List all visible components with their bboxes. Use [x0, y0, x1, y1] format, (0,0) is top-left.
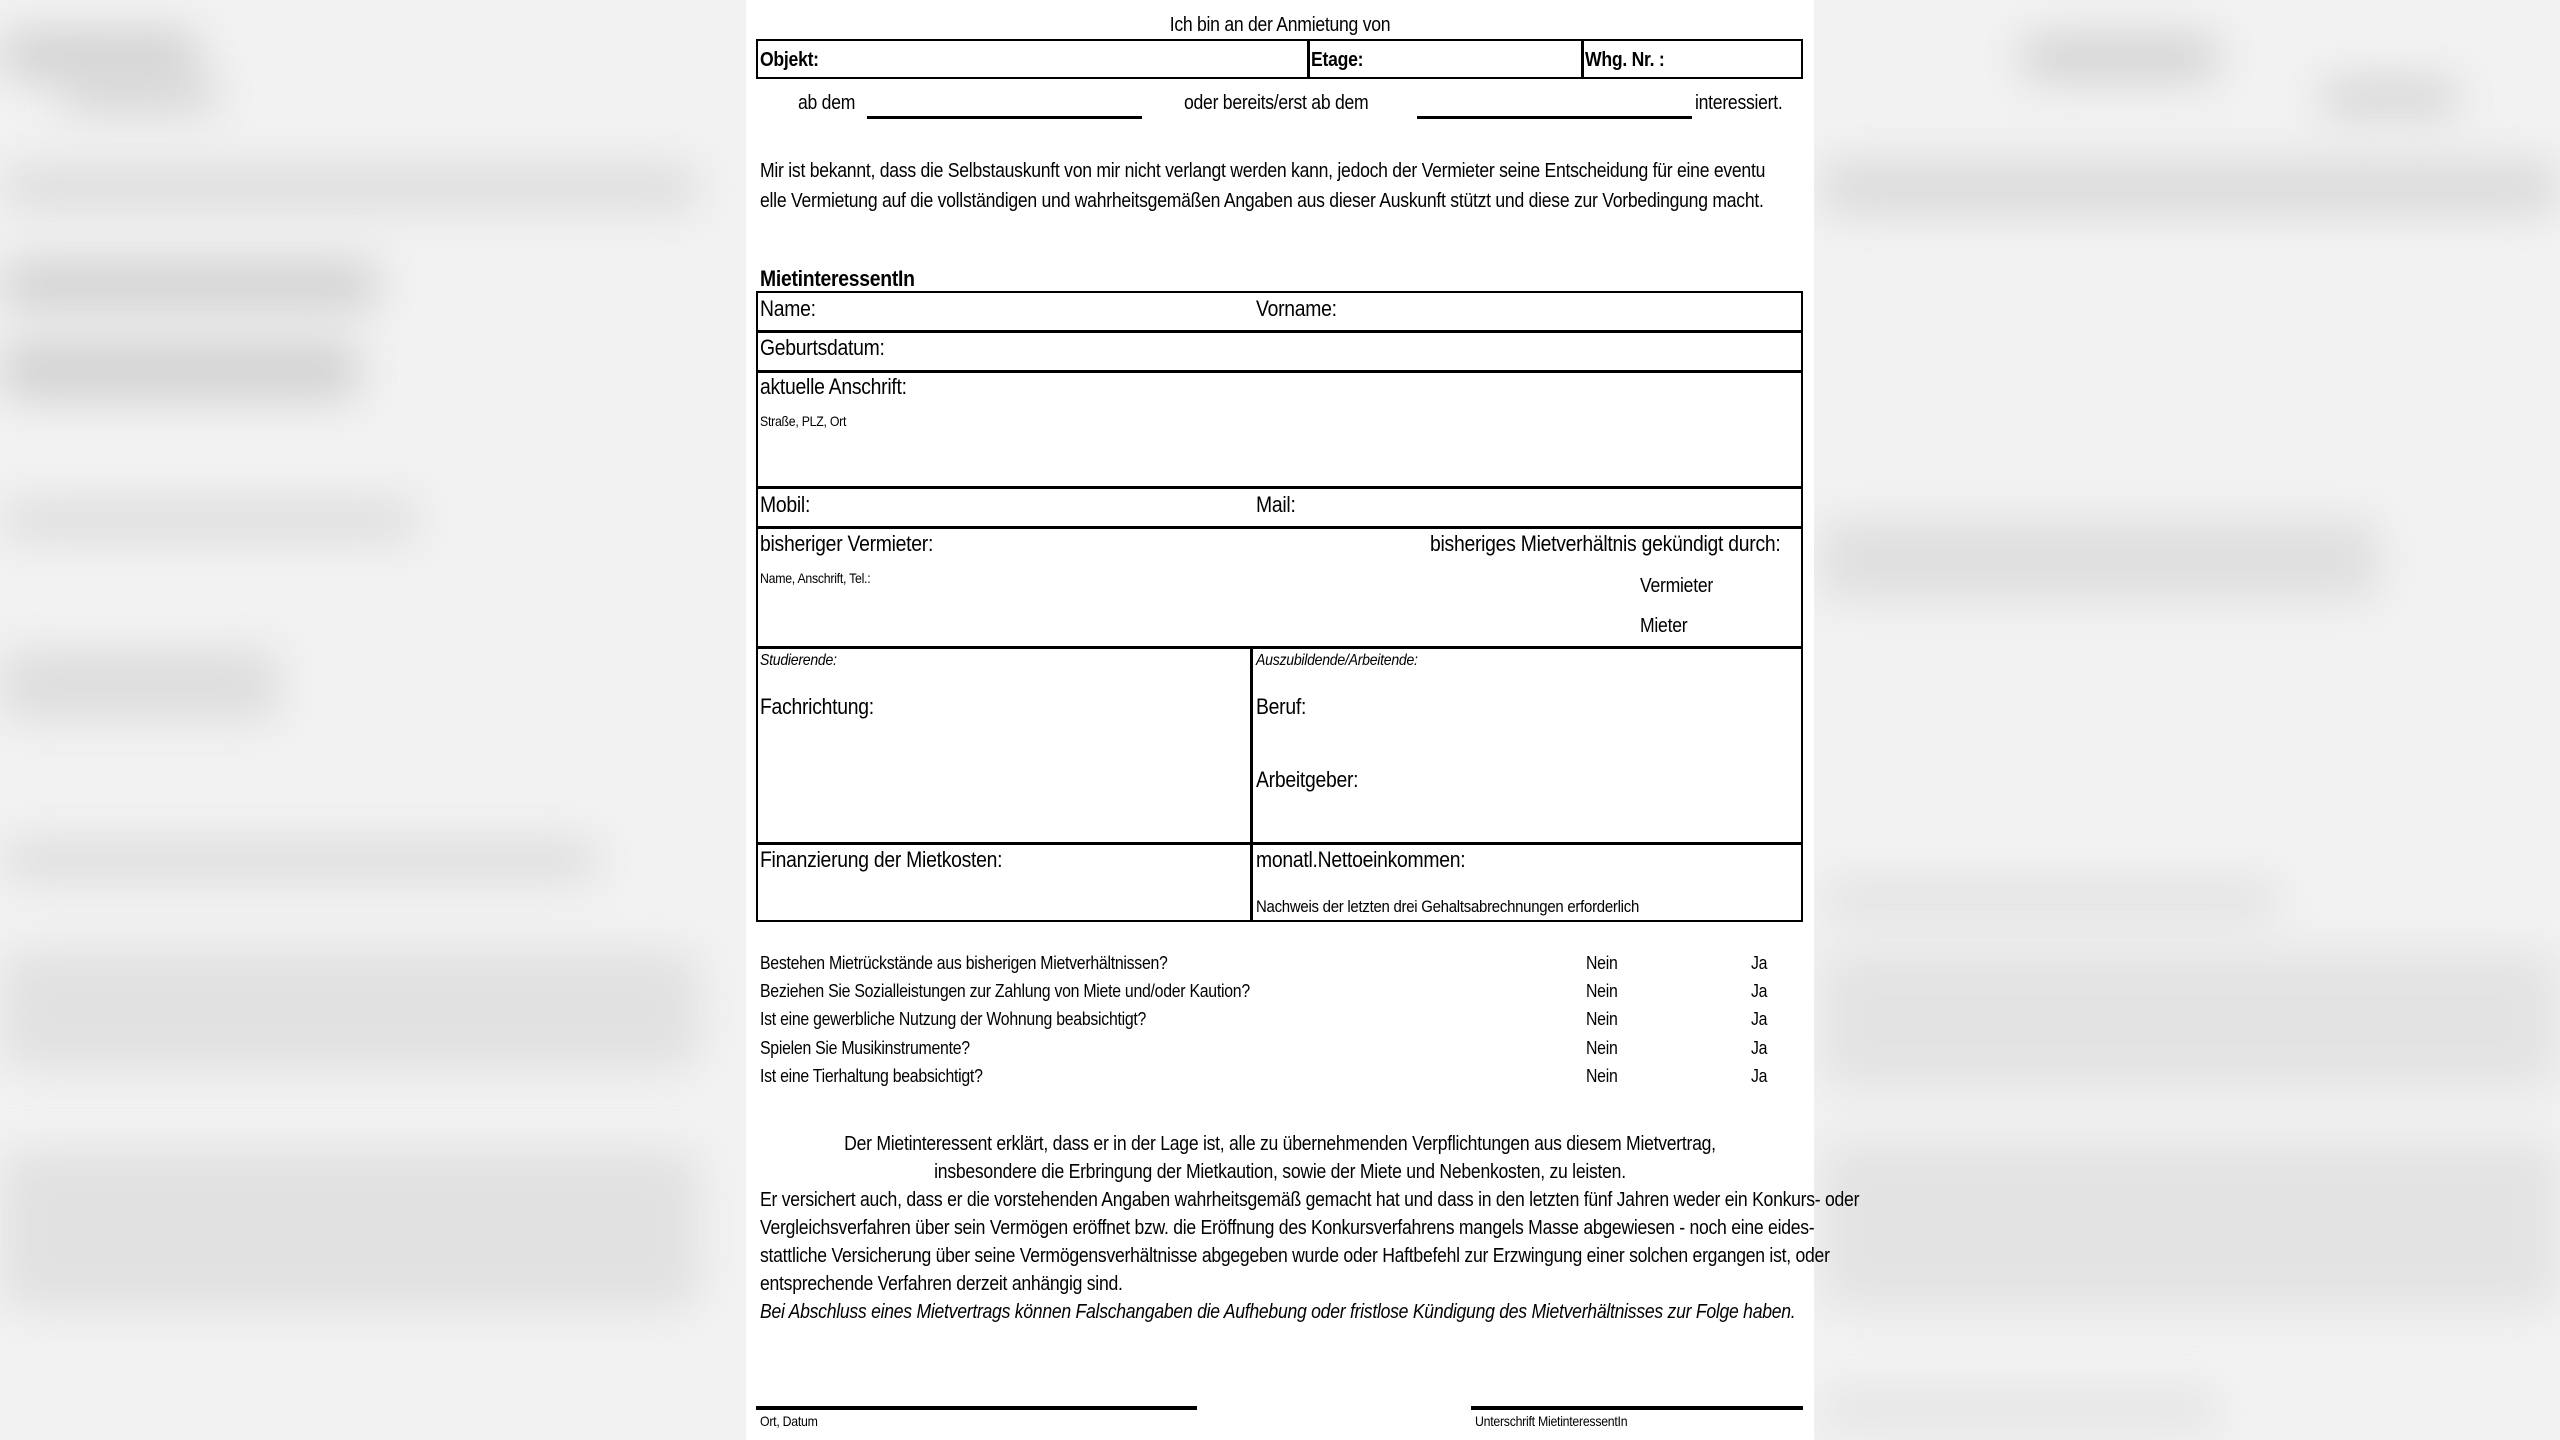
section-title: MietinteressentIn — [760, 266, 915, 292]
arbeitgeber-field[interactable]: Arbeitgeber: — [1256, 767, 1358, 793]
intro-text: Ich bin an der Anmietung von — [810, 14, 1750, 37]
start-date-line[interactable] — [867, 116, 1142, 119]
anschrift-field[interactable]: aktuelle Anschrift: — [760, 374, 907, 400]
signature-line[interactable] — [1471, 1406, 1803, 1410]
alt-date-line[interactable] — [1417, 116, 1692, 119]
whg-nr-field[interactable]: Whg. Nr. : — [1585, 49, 1664, 72]
beruf-field[interactable]: Beruf: — [1256, 694, 1306, 720]
answer-nein[interactable]: Nein — [1586, 1066, 1618, 1087]
row-divider — [756, 842, 1803, 845]
studierende-label: Studierende: — [760, 652, 837, 670]
declaration-body-3: stattliche Versicherung über seine Vermö… — [760, 1245, 1830, 1268]
answer-ja[interactable]: Ja — [1751, 1066, 1767, 1087]
mail-field[interactable]: Mail: — [1256, 492, 1296, 518]
question-text: Spielen Sie Musikinstrumente? — [760, 1038, 970, 1059]
declaration-centered-1: Der Mietinteressent erklärt, dass er in … — [810, 1133, 1750, 1156]
geburtsdatum-field[interactable]: Geburtsdatum: — [760, 335, 885, 361]
vermieter-field[interactable]: bisheriger Vermieter: — [760, 531, 933, 557]
mobil-field[interactable]: Mobil: — [760, 492, 810, 518]
notice-line-1: Mir ist bekannt, dass die Selbstauskunft… — [760, 160, 1765, 183]
row-divider — [756, 526, 1803, 529]
declaration-body-1: Er versichert auch, dass er die vorstehe… — [760, 1189, 1859, 1212]
arbeitende-label: Auszubildende/Arbeitende: — [1256, 652, 1418, 670]
fachrichtung-field[interactable]: Fachrichtung: — [760, 694, 874, 720]
vorname-field[interactable]: Vorname: — [1256, 296, 1337, 322]
option-mieter[interactable]: Mieter — [1640, 615, 1687, 638]
objekt-field[interactable]: Objekt: — [760, 49, 819, 72]
object-divider-1 — [1307, 39, 1310, 79]
netto-hint: Nachweis der letzten drei Gehaltsabrechn… — [1256, 897, 1639, 917]
applicant-table — [756, 291, 1803, 922]
ort-datum-line[interactable] — [756, 1406, 1197, 1410]
answer-nein[interactable]: Nein — [1586, 1038, 1618, 1059]
row-divider — [756, 370, 1803, 373]
declaration-warning: Bei Abschluss eines Mietvertrags können … — [760, 1301, 1795, 1324]
netto-field[interactable]: monatl.Nettoeinkommen: — [1256, 847, 1465, 873]
object-divider-2 — [1581, 39, 1584, 79]
row-divider — [756, 486, 1803, 489]
finanzierung-field[interactable]: Finanzierung der Mietkosten: — [760, 847, 1002, 873]
option-vermieter[interactable]: Vermieter — [1640, 575, 1713, 598]
row-divider — [756, 330, 1803, 333]
question-text: Bestehen Mietrückstände aus bisherigen M… — [760, 953, 1168, 974]
signature-label: Unterschrift MietinteressentIn — [1475, 1413, 1627, 1429]
answer-nein[interactable]: Nein — [1586, 981, 1618, 1002]
answer-nein[interactable]: Nein — [1586, 953, 1618, 974]
ab-dem-label: ab dem — [798, 92, 855, 115]
question-text: Ist eine gewerbliche Nutzung der Wohnung… — [760, 1009, 1146, 1030]
question-text: Beziehen Sie Sozialleistungen zur Zahlun… — [760, 981, 1250, 1002]
name-field[interactable]: Name: — [760, 296, 816, 322]
declaration-body-2: Vergleichsverfahren über sein Vermögen e… — [760, 1217, 1814, 1240]
answer-ja[interactable]: Ja — [1751, 1009, 1767, 1030]
etage-field[interactable]: Etage: — [1311, 49, 1363, 72]
column-divider — [1250, 646, 1253, 922]
row-divider — [756, 646, 1803, 649]
answer-ja[interactable]: Ja — [1751, 953, 1767, 974]
notice-line-2: elle Vermietung auf die vollständigen un… — [760, 190, 1764, 213]
answer-ja[interactable]: Ja — [1751, 981, 1767, 1002]
answer-nein[interactable]: Nein — [1586, 1009, 1618, 1030]
anschrift-hint: Straße, PLZ, Ort — [760, 413, 846, 429]
question-text: Ist eine Tierhaltung beabsichtigt? — [760, 1066, 983, 1087]
declaration-body-4: entsprechende Verfahren derzeit anhängig… — [760, 1273, 1123, 1296]
declaration-centered-2: insbesondere die Erbringung der Mietkaut… — [810, 1161, 1750, 1184]
oder-label: oder bereits/erst ab dem — [1184, 92, 1368, 115]
answer-ja[interactable]: Ja — [1751, 1038, 1767, 1059]
interessiert-label: interessiert. — [1695, 92, 1783, 115]
document-page: Ich bin an der Anmietung von Objekt: Eta… — [746, 0, 1814, 1440]
gekuendigt-label: bisheriges Mietverhältnis gekündigt durc… — [1430, 531, 1781, 557]
ort-datum-label: Ort, Datum — [760, 1413, 818, 1429]
vermieter-hint: Name, Anschrift, Tel.: — [760, 570, 870, 586]
